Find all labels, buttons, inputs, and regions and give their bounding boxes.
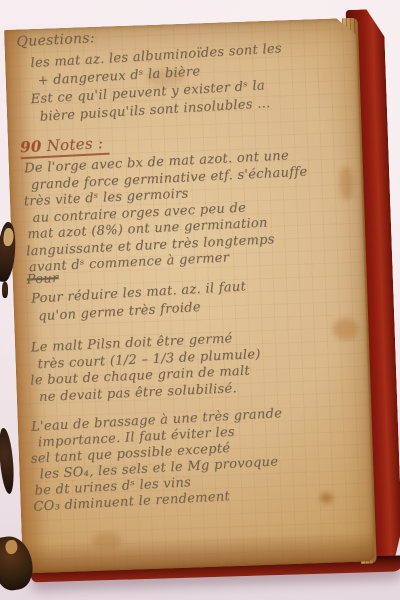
notes-paragraph-4: L'eau de brassage à une très grande impo… (31, 406, 287, 515)
notes-page-number: 90 (20, 137, 42, 156)
notebook-photo: Questions: les mat az. les albuminoïdes … (0, 0, 400, 600)
notes-paragraph-2: Pour réduire les mat. az. il faut qu'on … (31, 278, 248, 326)
struck-word: Pour (26, 271, 59, 288)
notes-heading-label: Notes : (46, 134, 104, 155)
questions-heading: Questions: (16, 30, 95, 50)
notebook: Questions: les mat az. les albuminoïdes … (4, 18, 377, 578)
notes-paragraph-1: De l'orge avec bx de mat azot. ont une g… (24, 148, 312, 277)
binding-remnant (2, 282, 8, 298)
notes-heading: 90 Notes : (20, 134, 110, 160)
questions-paragraph: les mat az. les albuminoïdes sont les + … (30, 40, 286, 127)
handwriting-layer: Questions: les mat az. les albuminoïdes … (4, 18, 377, 578)
notes-paragraph-3: Le malt Pilsn doit être germé très court… (31, 330, 263, 406)
binding-remnant (0, 428, 15, 495)
